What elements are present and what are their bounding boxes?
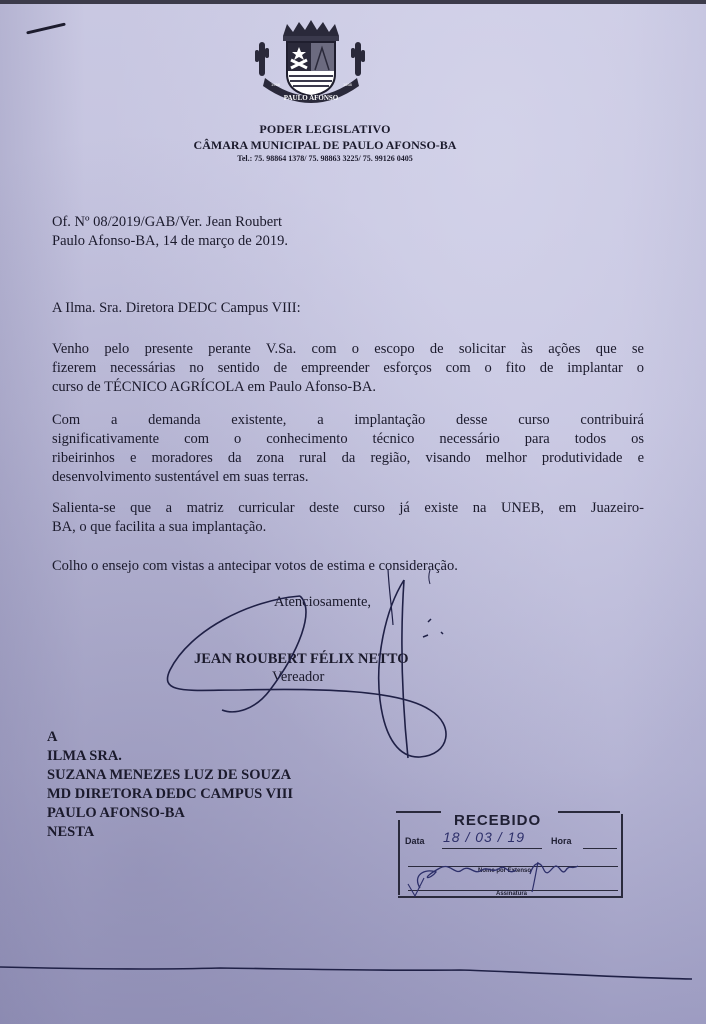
body-paragraph-4: Colho o ensejo com vistas a antecipar vo… — [52, 557, 644, 576]
closing: Atenciosamente, — [274, 593, 371, 612]
stamp-signature-label: Assinatura — [496, 891, 527, 897]
letterhead-institution: CÂMARA MUNICIPAL DE PAULO AFONSO-BA — [10, 138, 640, 153]
salutation: A Ilma. Sra. Diretora DEDC Campus VIII: — [52, 299, 301, 318]
stamp-border — [558, 811, 620, 813]
letterhead-phones: Tel.: 75. 98864 1378/ 75. 98863 3225/ 75… — [10, 154, 640, 163]
office-number: Of. Nº 08/2019/GAB/Ver. Jean Roubert — [52, 213, 288, 232]
paragraph-line: Com a demanda existente, a implantação d… — [52, 411, 644, 430]
paragraph-line: significativamente com o conhecimento té… — [52, 430, 644, 449]
body-paragraph-3: Salienta-se que a matriz curricular dest… — [52, 499, 644, 537]
paragraph-line: BA, o que facilita a sua implantação. — [52, 518, 644, 537]
paragraph-line: curso de TÉCNICO AGRÍCOLA em Paulo Afons… — [52, 378, 644, 397]
body-paragraph-1: Venho pelo presente perante V.Sa. com o … — [52, 340, 644, 397]
paragraph-line: ribeirinhos e moradores da zona rural da… — [52, 449, 644, 468]
svg-text:1958: 1958 — [271, 82, 281, 87]
stamp-name-label: Nome por Extenso — [478, 868, 531, 874]
paragraph-line: desenvolvimento sustentável em suas terr… — [52, 468, 644, 487]
document-page: PAULO AFONSO 1958 1958 PODER LEGISLATIVO… — [0, 0, 706, 1024]
reference-block: Of. Nº 08/2019/GAB/Ver. Jean Roubert Pau… — [52, 213, 288, 251]
svg-text:1958: 1958 — [343, 82, 353, 87]
letterhead-title: PODER LEGISLATIVO — [10, 122, 640, 137]
coat-of-arms-icon: PAULO AFONSO 1958 1958 — [255, 14, 367, 106]
addressee-line: A — [47, 728, 293, 747]
paragraph-line: Venho pelo presente perante V.Sa. com o … — [52, 340, 644, 359]
stamp-border — [396, 811, 441, 813]
place-date: Paulo Afonso-BA, 14 de março de 2019. — [52, 232, 288, 251]
received-stamp: RECEBIDO Data 18 / 03 / 19 Hora Nome por… — [388, 808, 624, 898]
paragraph-line: fizerem necessárias no sentido de empree… — [52, 359, 644, 378]
pen-mark — [26, 23, 66, 35]
letterhead-header: PODER LEGISLATIVO CÂMARA MUNICIPAL DE PA… — [0, 122, 640, 163]
body-paragraph-2: Com a demanda existente, a implantação d… — [52, 411, 644, 487]
stamp-name-line — [408, 866, 618, 867]
paragraph-line: Salienta-se que a matriz curricular dest… — [52, 499, 644, 518]
stamp-date-line — [442, 848, 542, 849]
stamp-border — [398, 820, 400, 895]
addressee-block: A ILMA SRA. SUZANA MENEZES LUZ DE SOUZA … — [47, 728, 293, 842]
stamp-border — [621, 814, 623, 896]
addressee-line: ILMA SRA. — [47, 747, 293, 766]
stamp-title: RECEBIDO — [454, 812, 541, 829]
stamp-time-line — [583, 848, 617, 849]
svg-text:PAULO AFONSO: PAULO AFONSO — [284, 94, 339, 102]
signer-name: JEAN ROUBERT FÉLIX NETTO — [194, 650, 409, 669]
addressee-line: MD DIRETORA DEDC CAMPUS VIII — [47, 785, 293, 804]
paragraph-line: Colho o ensejo com vistas a antecipar vo… — [52, 557, 644, 576]
stamp-date-value: 18 / 03 / 19 — [443, 829, 525, 845]
signer-role: Vereador — [272, 668, 324, 687]
stamp-time-label: Hora — [551, 836, 572, 846]
page-top-edge — [0, 0, 706, 4]
stamp-date-label: Data — [405, 836, 425, 846]
addressee-line: SUZANA MENEZES LUZ DE SOUZA — [47, 766, 293, 785]
addressee-line: NESTA — [47, 823, 293, 842]
addressee-line: PAULO AFONSO-BA — [47, 804, 293, 823]
